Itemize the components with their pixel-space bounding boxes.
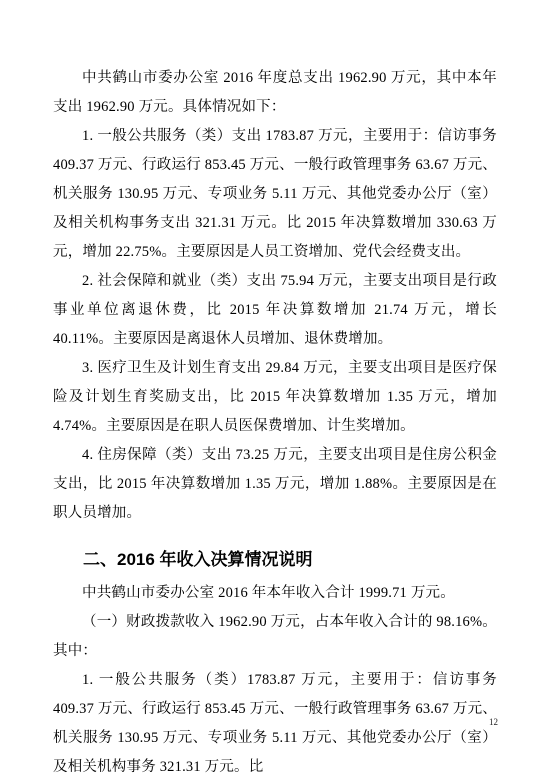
paragraph-general-public-services: 1. 一般公共服务（类）支出 1783.87 万元，主要用于：信访事务 409.… — [53, 122, 497, 267]
paragraph-total-expenditure: 中共鹤山市委办公室 2016 年度总支出 1962.90 万元，其中本年支出 1… — [53, 64, 497, 122]
paragraph-fiscal-appropriation: （一）财政拨款收入 1962.90 万元，占本年收入合计的 98.16%。其中： — [53, 608, 497, 666]
section-heading-income-2016: 二、2016 年收入决算情况说明 — [53, 547, 497, 572]
document-page: 中共鹤山市委办公室 2016 年度总支出 1962.90 万元，其中本年支出 1… — [0, 0, 550, 778]
page-number: 12 — [489, 716, 498, 728]
paragraph-income-total: 中共鹤山市委办公室 2016 年本年收入合计 1999.71 万元。 — [53, 579, 497, 608]
paragraph-social-security: 2. 社会保障和就业（类）支出 75.94 万元，主要支出项目是行政事业单位离退… — [53, 267, 497, 354]
paragraph-medical-health: 3. 医疗卫生及计划生育支出 29.84 万元，主要支出项目是医疗保险及计划生育… — [53, 354, 497, 441]
paragraph-income-general-public-services: 1. 一般公共服务（类）1783.87 万元，主要用于：信访事务 409.37 … — [53, 666, 497, 778]
paragraph-housing-security: 4. 住房保障（类）支出 73.25 万元，主要支出项目是住房公积金支出，比 2… — [53, 441, 497, 528]
